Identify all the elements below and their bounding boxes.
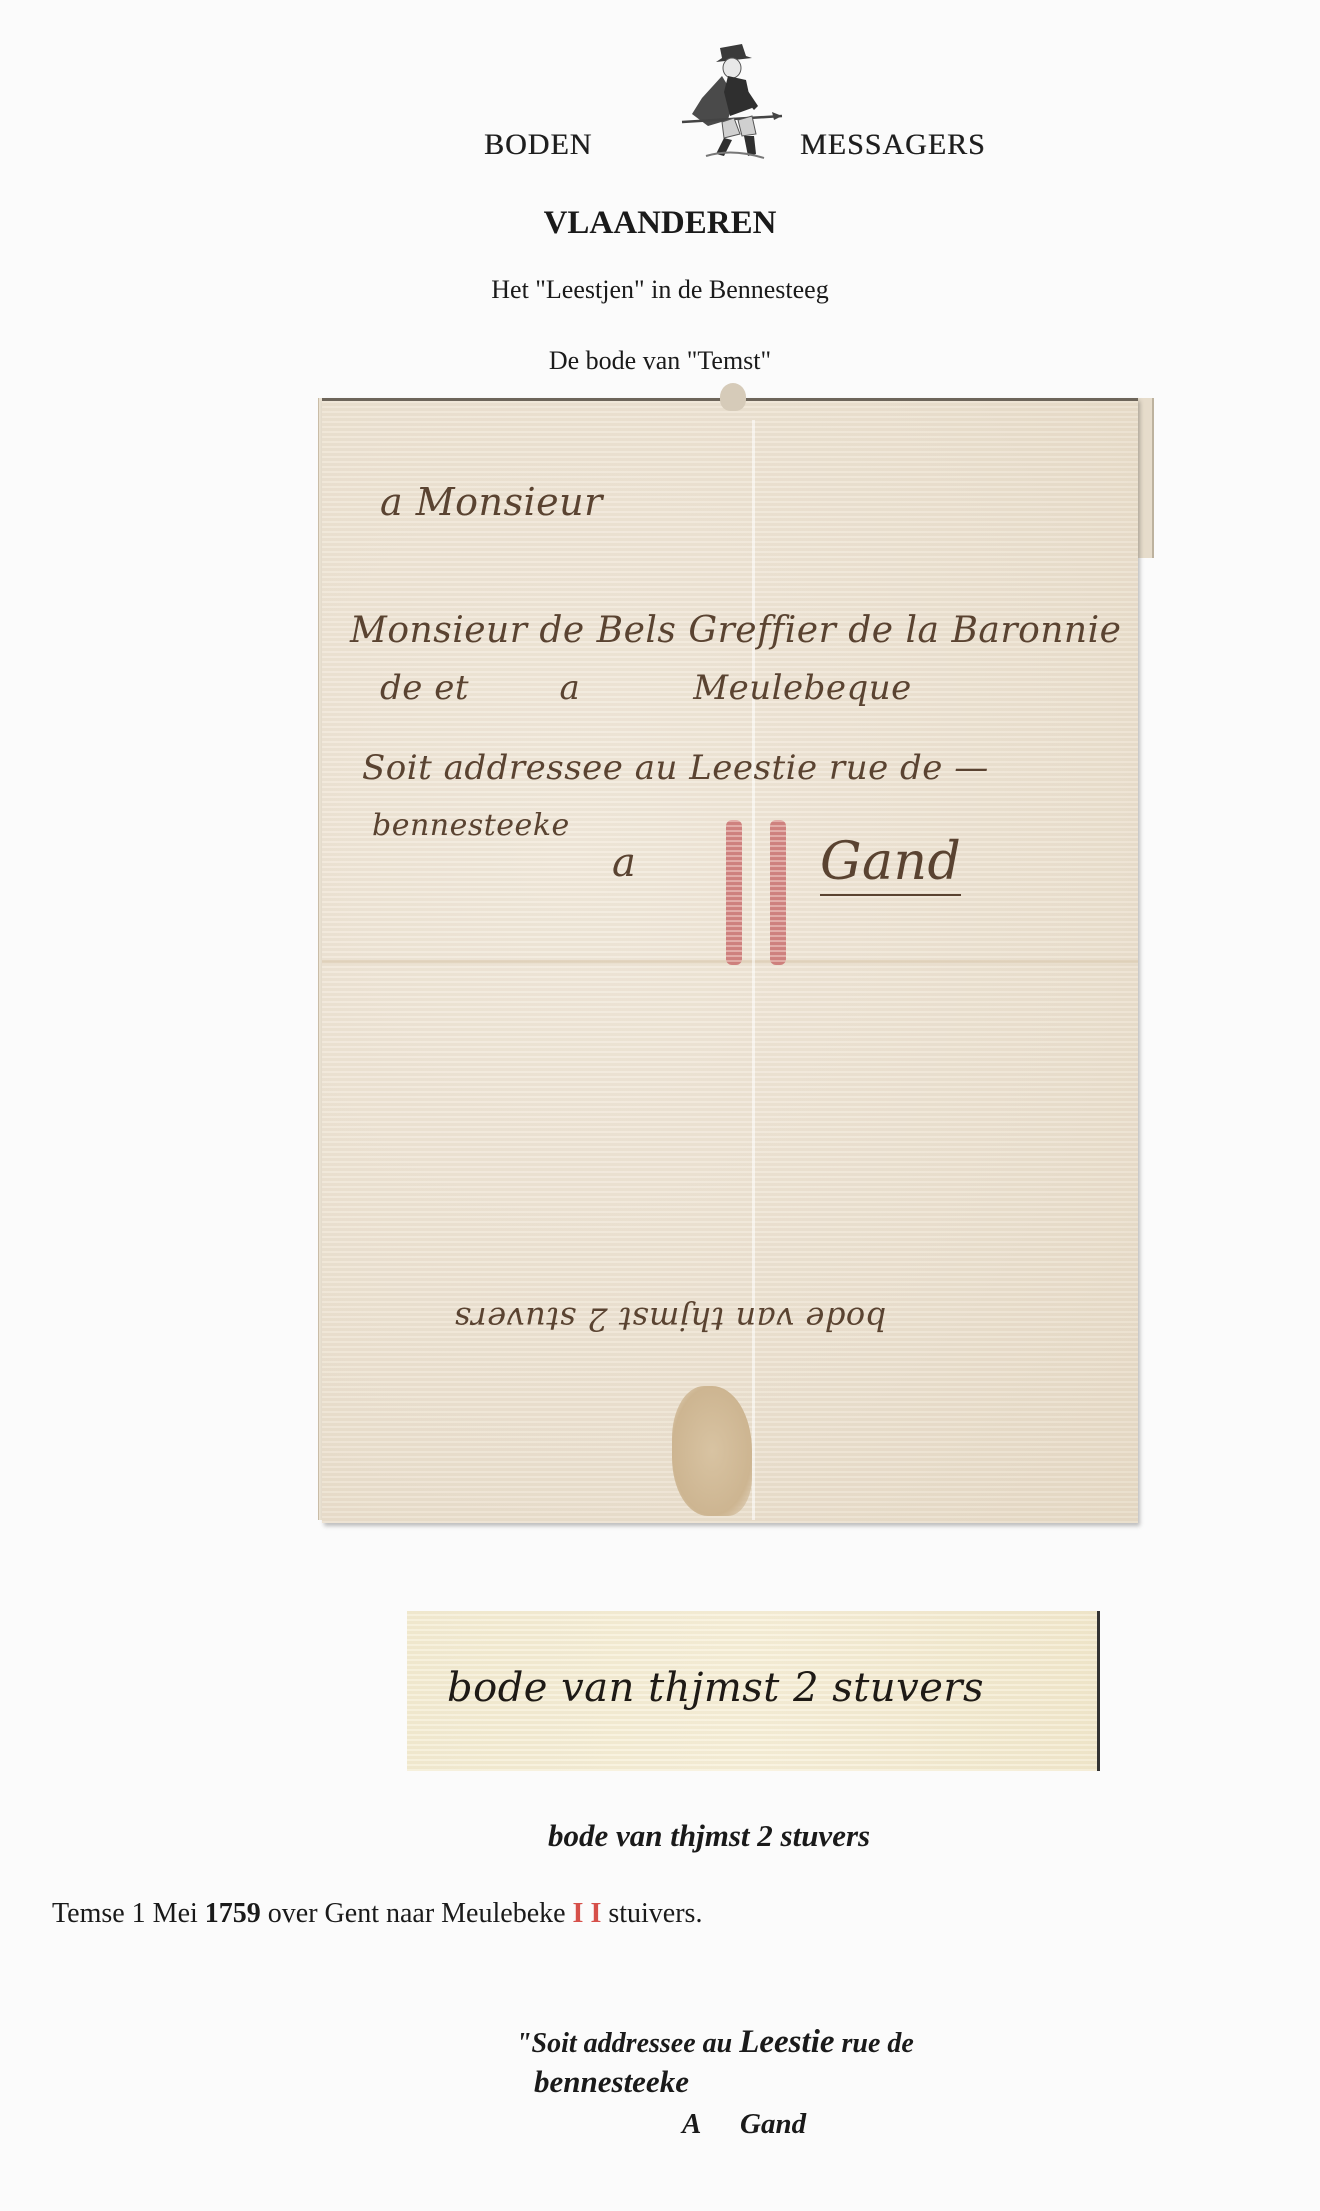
quote-line-1: "Soit addressee au Leestie rue de (516, 2024, 914, 2061)
description-year: 1759 (205, 1898, 261, 1929)
description-middle: over Gent naar Meulebeke (261, 1898, 573, 1929)
header-word-boden: BODEN (484, 128, 592, 162)
description-line: Temse 1 Mei 1759 over Gent naar Meulebek… (52, 1898, 702, 1930)
address-line-a-monsieur: a Monsieur (380, 480, 603, 524)
address-line-a: a (612, 840, 636, 886)
region-title: VLAANDEREN (0, 205, 1320, 242)
quote-line-3-gand: Gand (740, 2108, 806, 2141)
quote-line-3-a: A (682, 2108, 701, 2141)
header-word-messagers: MESSAGERS (800, 128, 986, 162)
red-rate-mark-stroke-1 (726, 820, 742, 965)
quote-line-2: bennesteeke (534, 2064, 689, 2100)
wax-seal-stain (672, 1386, 752, 1516)
detail-enlargement: bode van thjmst 2 stuvers (407, 1611, 1100, 1771)
red-rate-mark-stroke-2 (770, 820, 786, 965)
description-prefix: Temse 1 Mei (52, 1898, 205, 1929)
subtitle-leestjen: Het "Leestjen" in de Bennesteeg (0, 275, 1320, 305)
messenger-figure-icon (672, 36, 792, 162)
rate-roman-numeral: I I (573, 1898, 602, 1929)
quote-part-leestie: Leestie (739, 2024, 834, 2060)
detail-handwriting: bode van thjmst 2 stuvers (447, 1665, 984, 1711)
address-line-gand: Gand (820, 832, 961, 896)
transcription-caption: bode van thjmst 2 stuvers (548, 1818, 870, 1854)
description-suffix: stuivers. (601, 1898, 702, 1929)
address-line-place: de et a Meulebeque (380, 668, 912, 708)
fold-crease-vertical (752, 420, 755, 1520)
quote-part-a: "Soit addressee au (516, 2028, 739, 2059)
address-line-soit: Soit addressee au Leestie rue de — (362, 748, 989, 788)
address-line-bennesteeke: bennesteeke (372, 808, 570, 843)
seal-tab (720, 383, 746, 411)
quote-part-c: rue de (835, 2028, 914, 2059)
subtitle-bode-temst: De bode van "Temst" (0, 346, 1320, 376)
address-line-name: Monsieur de Bels Greffier de la Baronnie (350, 610, 1121, 651)
upside-down-bode-note: bode van thjmst 2 stuvers (370, 1300, 970, 1338)
